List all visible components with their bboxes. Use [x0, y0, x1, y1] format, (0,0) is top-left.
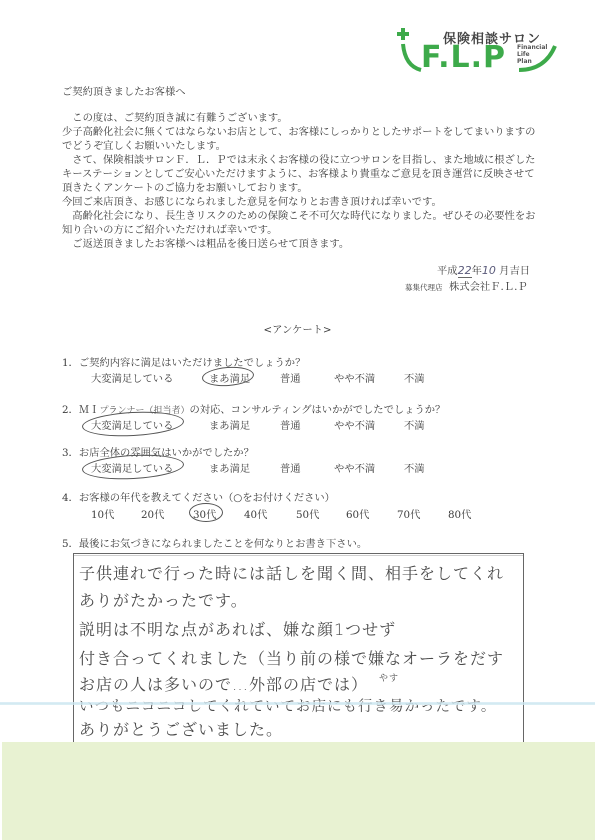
letter-date: 平成22年10 月吉日: [437, 264, 530, 278]
salutation: ご契約頂きましたお客様へ: [62, 85, 186, 99]
q4-option-20s[interactable]: 20代: [141, 506, 164, 521]
scan-artifact-line: [0, 702, 595, 705]
divider: [74, 555, 523, 556]
agent-info: 募集代理店 株式会社Ｆ.Ｌ.Ｐ: [405, 280, 528, 295]
letter-paragraph: さて、保険相談サロンＦ．Ｌ．Ｐでは末永くお客様の役に立つサロンを目指し、また地域…: [62, 153, 535, 167]
handwritten-year: 22: [458, 264, 472, 278]
handwritten-month: 10: [482, 264, 496, 277]
question-5: 5．最後にお気づきになられましたことを何なりとお書き下さい。: [62, 535, 367, 550]
comment-box[interactable]: 子供連れで行った時には話しを聞く間、相手をしてくれ ありがたかったです。 説明は…: [73, 553, 524, 745]
letter-paragraph: 高齢化社会になり、長生きリスクのための保険こそ不可欠な時代になりました。ぜひその…: [62, 209, 535, 223]
survey-document: 保険相談サロン F.L.P Financial Life Plan ご契約頂きま…: [0, 0, 595, 742]
letter-paragraph: でどうぞ宜しくお願いいたします。: [62, 139, 226, 153]
letter-paragraph: 頂きたくアンケートのご協力をお願いしております。: [62, 181, 308, 195]
q1-option-very-satisfied[interactable]: 大変満足している: [91, 370, 173, 385]
q2-option-somewhat-dissatisfied[interactable]: やや不満: [334, 417, 375, 432]
question-1: 1．ご契約内容に満足はいただけましたでしょうか？: [62, 354, 305, 369]
q2-option-dissatisfied[interactable]: 不満: [404, 417, 425, 432]
handwritten-line: 子供連れで行った時には話しを聞く間、相手をしてくれ: [79, 561, 504, 584]
question-4: 4．お客様の年代を教えてください（○をお付けください）: [62, 489, 335, 504]
handwritten-line: ありがとうございました。: [79, 717, 283, 740]
q4-option-70s[interactable]: 70代: [397, 506, 420, 521]
handwritten-insert: やす: [379, 671, 399, 684]
survey-heading: <アンケート>: [0, 323, 595, 337]
q4-option-60s[interactable]: 60代: [346, 506, 369, 521]
q3-option-dissatisfied[interactable]: 不満: [404, 460, 425, 475]
q3-option-satisfied[interactable]: まあ満足: [209, 460, 250, 475]
letter-paragraph: ご返送頂きましたお客様へは粗品を後日送らせて頂きます。: [62, 237, 349, 251]
letter-paragraph: 今回ご来店頂き、お感じになられました意見を何なりとお書き頂ければ幸いです。: [62, 195, 442, 209]
handwritten-line: 付き合ってくれました（当り前の様で嫌なオーラをだす: [79, 646, 504, 669]
handwritten-line: ありがたかったです。: [79, 588, 248, 611]
q4-option-50s[interactable]: 50代: [296, 506, 319, 521]
q4-option-10s[interactable]: 10代: [91, 506, 114, 521]
letter-paragraph: 知り合いの方にご紹介いただければ幸いです。: [62, 223, 277, 237]
handwritten-line: お店の人は多いので…外部の店では）: [79, 672, 368, 695]
handwritten-line: いつもニコニコしてくれていてお店にも行き易かったです。: [79, 695, 496, 716]
agent-label: 募集代理店: [405, 283, 443, 292]
logo-subtitle: Financial Life Plan: [517, 44, 547, 65]
q1-option-neutral[interactable]: 普通: [280, 370, 301, 385]
letter-paragraph: 少子高齢化社会に無くてはならないお店として、お客様にしっかりとしたサポートをして…: [62, 125, 535, 139]
letter-paragraph: この度は、ご契約頂き誠に有難うございます。: [62, 111, 288, 125]
q4-option-80s[interactable]: 80代: [448, 506, 471, 521]
footer-band: [2, 742, 595, 840]
q4-selection-circle: [189, 503, 223, 522]
q2-option-neutral[interactable]: 普通: [280, 417, 301, 432]
logo-brand: F.L.P: [421, 40, 506, 75]
letter-paragraph: キーステーションとしてご安心いただけますように、お客様より貴重なご意見を頂き運営…: [62, 167, 535, 181]
handwritten-line: 説明は不明な点があれば、嫌な顔1つせず: [79, 617, 396, 640]
q1-option-dissatisfied[interactable]: 不満: [404, 370, 425, 385]
q3-option-neutral[interactable]: 普通: [280, 460, 301, 475]
q2-option-satisfied[interactable]: まあ満足: [209, 417, 250, 432]
company-logo: 保険相談サロン F.L.P Financial Life Plan: [395, 26, 565, 82]
q1-option-somewhat-dissatisfied[interactable]: やや不満: [334, 370, 375, 385]
q4-option-40s[interactable]: 40代: [244, 506, 267, 521]
company-name: 株式会社Ｆ.Ｌ.Ｐ: [449, 281, 528, 293]
q3-option-somewhat-dissatisfied[interactable]: やや不満: [334, 460, 375, 475]
